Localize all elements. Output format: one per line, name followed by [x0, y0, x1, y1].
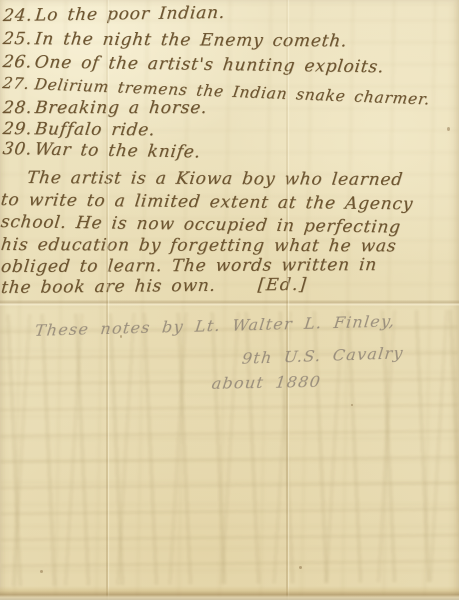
caption-text: One of the artist's hunting exploits.: [34, 52, 386, 77]
foxing-speck: [40, 570, 43, 573]
manuscript-page: 24. Lo the poor Indian. 25. In the night…: [0, 0, 459, 600]
caption-number: 26.: [2, 52, 36, 72]
note-line: school. He is now occupied in perfecting: [0, 212, 402, 238]
caption-text: Lo the poor Indian.: [34, 3, 226, 26]
caption-number: 27.: [1, 74, 35, 93]
page-bottom-edge: [0, 586, 459, 600]
caption-line: 26. One of the artist's hunting exploits…: [2, 52, 386, 77]
note-line-text: the book are his own.: [0, 276, 217, 298]
caption-line: 24. Lo the poor Indian.: [2, 3, 226, 26]
caption-text: Breaking a horse.: [34, 98, 209, 118]
caption-text: Buffalo ride.: [34, 119, 157, 140]
caption-line: 29. Buffalo ride.: [2, 119, 157, 140]
caption-number: 28.: [2, 98, 36, 118]
note-line: the book are his own. [Ed.]: [0, 275, 308, 298]
caption-text: In the night the Enemy cometh.: [34, 29, 349, 51]
note-line: his education by forgetting what he was: [0, 235, 397, 256]
caption-text: War to the knife.: [33, 140, 202, 163]
caption-number: 25.: [2, 29, 36, 49]
horizontal-crease: [0, 300, 459, 306]
pencil-line: These notes by Lt. Walter L. Finley,: [34, 312, 397, 340]
note-line-text: obliged to learn. The words written in: [0, 255, 378, 277]
foxing-speck: [351, 404, 353, 406]
pencil-line: 9th U.S. Cavalry: [241, 343, 405, 368]
foxing-speck: [447, 127, 450, 131]
caption-line: 30. War to the knife.: [2, 139, 202, 162]
note-line: The artist is a Kiowa boy who learned: [26, 168, 404, 190]
note-line: to write to a limited extent at the Agen…: [0, 190, 414, 214]
note-line: obliged to learn. The words written in: [0, 255, 378, 277]
caption-number: 29.: [2, 119, 36, 139]
caption-number: 24.: [2, 6, 36, 26]
editor-signature: [Ed.]: [257, 275, 308, 296]
caption-number: 30.: [2, 139, 36, 160]
pencil-line: about 1880: [211, 372, 323, 393]
foxing-speck: [299, 566, 302, 569]
caption-line: 25. In the night the Enemy cometh.: [2, 29, 349, 51]
caption-line: 28. Breaking a horse.: [2, 98, 209, 118]
